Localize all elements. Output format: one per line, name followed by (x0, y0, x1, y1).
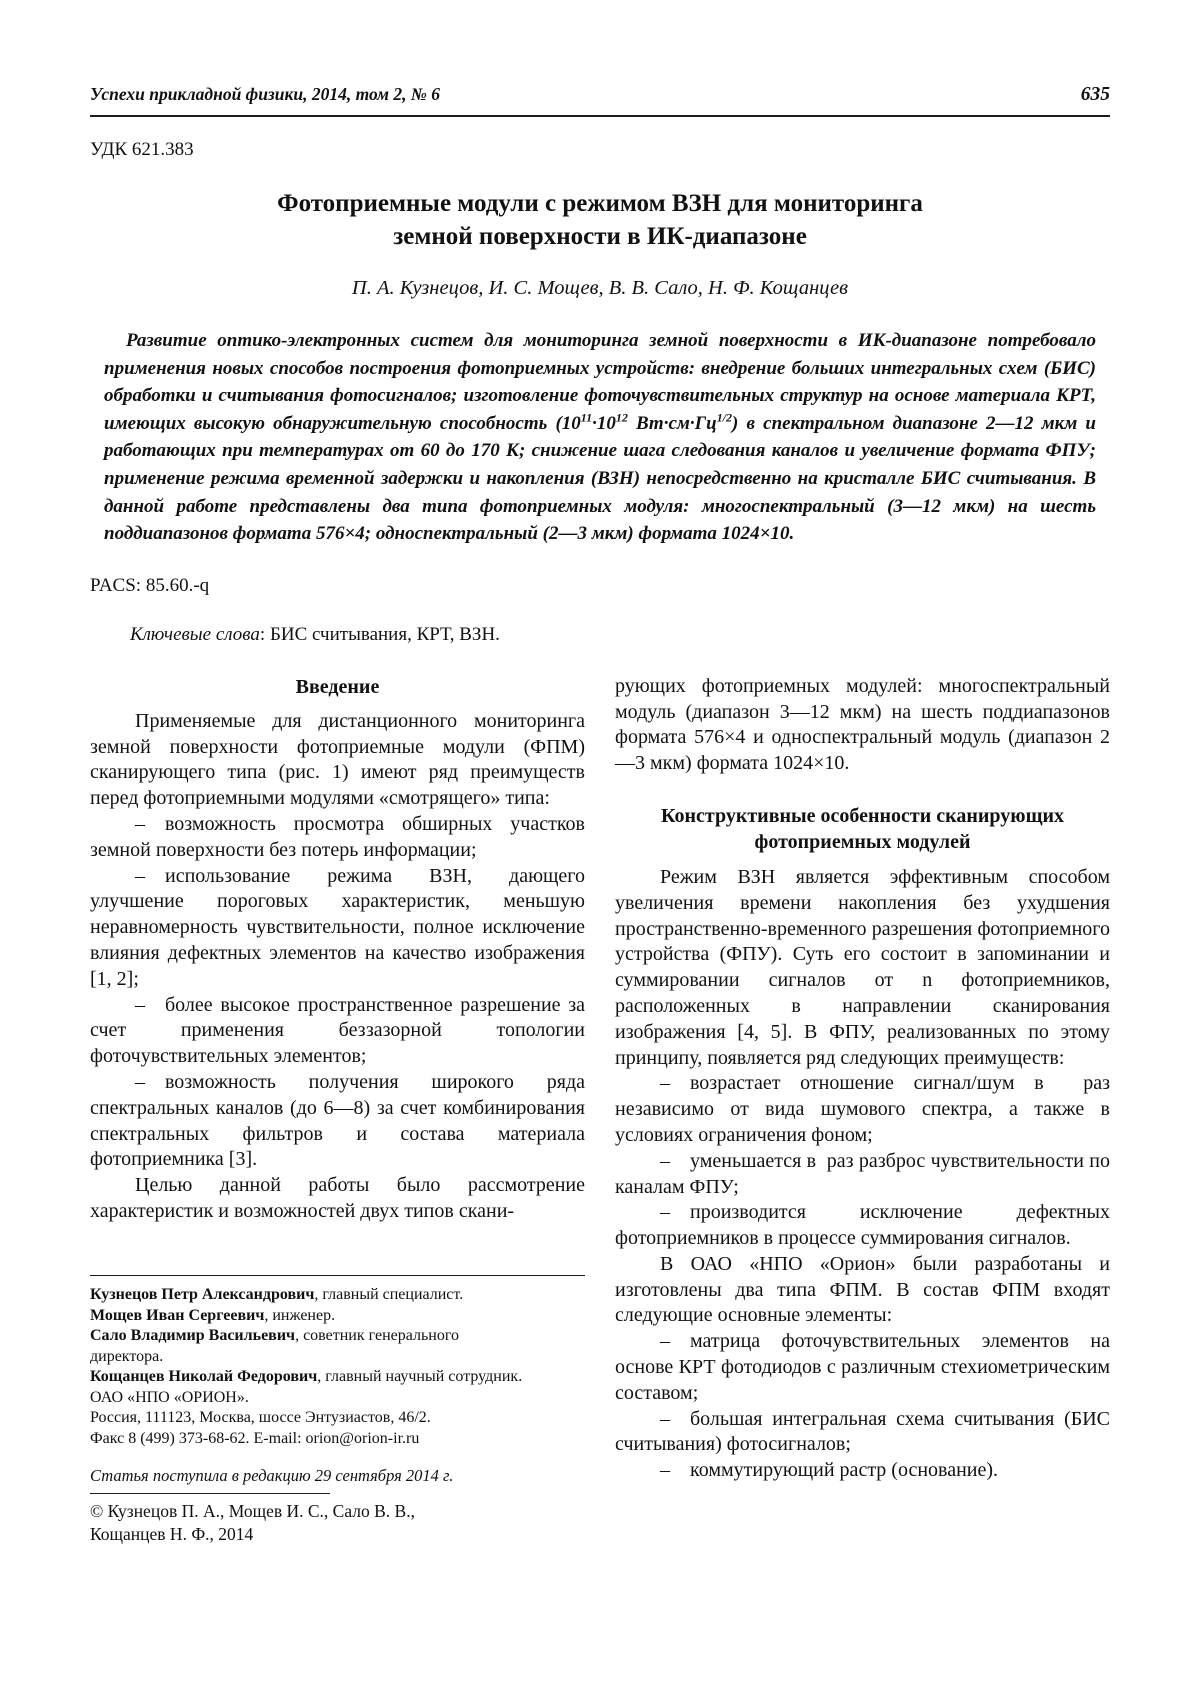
copyright-line1: © Кузнецов П. А., Мощев И. С., Сало В. В… (90, 1500, 585, 1523)
footnote-author-name: Сало Владимир Васильевич (90, 1327, 295, 1344)
footnote-author: Кощанцев Николай Федорович, главный науч… (90, 1367, 585, 1388)
bullet-item: – большая интегральная схема считывания … (615, 1407, 1110, 1459)
footnote-author-role: , главный научный сотрудник. (317, 1368, 522, 1385)
received-date-note: Статья поступила в редакцию 29 сентября … (90, 1466, 585, 1487)
body-paragraph: В ОАО «НПО «Орион» были разработаны и из… (615, 1252, 1110, 1329)
running-header: Успехи прикладной физики, 2014, том 2, №… (90, 84, 1110, 106)
body-paragraph-continuation: рующих фотоприемных модулей: многоспектр… (615, 674, 1110, 777)
bullet-item: – возможность просмотра обширных участко… (90, 812, 585, 864)
footnote-organization: ОАО «НПО «ОРИОН». (90, 1388, 585, 1409)
journal-article-page: Успехи прикладной физики, 2014, том 2, №… (0, 0, 1200, 1698)
pacs-line: PACS: 85.60.-q (90, 575, 1110, 597)
article-title-line1: Фотоприемные модули с режимом ВЗН для мо… (90, 187, 1110, 220)
abstract-superscript: 12 (616, 410, 628, 424)
two-column-body: Введение Применяемые для дистанционного … (90, 674, 1110, 1546)
right-column: рующих фотоприемных модулей: многоспектр… (615, 674, 1110, 1546)
footnote-author: Мощев Иван Сергеевич, инженер. (90, 1306, 585, 1327)
section-heading-design-features: Конструктивные особенности сканирующих ф… (615, 803, 1110, 855)
footnote-author-name: Мощев Иван Сергеевич (90, 1307, 264, 1324)
footnote-contact: Факс 8 (499) 373-68-62. E-mail: orion@or… (90, 1429, 585, 1450)
bullet-item: – возможность получения широкого ряда сп… (90, 1070, 585, 1173)
body-paragraph: Целью данной работы было рассмотрение ха… (90, 1173, 585, 1225)
abstract-superscript: 1/2 (717, 410, 732, 424)
section-heading-introduction: Введение (90, 674, 585, 700)
bullet-item: – производится исключение дефектных фото… (615, 1200, 1110, 1252)
body-paragraph: Режим ВЗН является эффективным способом … (615, 865, 1110, 1071)
body-paragraph: Применяемые для дистанционного мониторин… (90, 709, 585, 812)
footnote-author-name: Кощанцев Николай Федорович (90, 1368, 317, 1385)
keywords-text: : БИС считывания, КРТ, ВЗН. (260, 624, 500, 645)
abstract-paragraph: Развитие оптико-электронных систем для м… (104, 327, 1096, 548)
footnote-author-name: Кузнецов Петр Александрович (90, 1286, 314, 1303)
bullet-item: – коммутирующий растр (основание). (615, 1458, 1110, 1484)
footnote-address: Россия, 111123, Москва, шоссе Энтузиасто… (90, 1408, 585, 1429)
bullet-item: – более высокое пространственное разреше… (90, 993, 585, 1070)
author-footnote-block: Кузнецов Петр Александрович, главный спе… (90, 1275, 585, 1546)
article-title: Фотоприемные модули с режимом ВЗН для мо… (90, 187, 1110, 253)
introduction-section: Введение Применяемые для дистанционного … (90, 674, 585, 1225)
bullet-item: – матрица фоточувствительных элементов н… (615, 1329, 1110, 1406)
journal-title: Успехи прикладной физики, 2014, том 2, №… (90, 84, 440, 105)
abstract-superscript: 11 (581, 410, 592, 424)
bullet-item: – использование режима ВЗН, дающего улуч… (90, 864, 585, 993)
bullet-item: – уменьшается в раз разброс чувствительн… (615, 1149, 1110, 1201)
copyright-note: © Кузнецов П. А., Мощев И. С., Сало В. В… (90, 1500, 585, 1546)
left-column: Введение Применяемые для дистанционного … (90, 674, 585, 1546)
bullet-item: – возрастает отношение сигнал/шум в раз … (615, 1071, 1110, 1148)
keywords-label: Ключевые слова (130, 624, 260, 645)
copyright-line2: Кощанцев Н. Ф., 2014 (90, 1523, 585, 1546)
footnote-author: Кузнецов Петр Александрович, главный спе… (90, 1285, 585, 1306)
abstract-text: ·10 (592, 413, 616, 434)
footnote-rule (90, 1275, 585, 1276)
keywords-line: Ключевые слова: БИС считывания, КРТ, ВЗН… (90, 624, 1110, 646)
authors-line: П. А. Кузнецов, И. С. Мощев, В. В. Сало,… (90, 277, 1110, 300)
udc-code: УДК 621.383 (90, 139, 1110, 161)
header-rule (90, 115, 1110, 117)
footnote-author: Сало Владимир Васильевич, советник генер… (90, 1326, 585, 1367)
copyright-rule (90, 1493, 330, 1494)
abstract-text: Вт·см·Гц (628, 413, 717, 434)
article-title-line2: земной поверхности в ИК-диапазоне (90, 220, 1110, 253)
page-number: 635 (1081, 84, 1110, 106)
footnote-author-role: , главный специалист. (314, 1286, 463, 1303)
footnote-author-role: , инженер. (264, 1307, 335, 1324)
